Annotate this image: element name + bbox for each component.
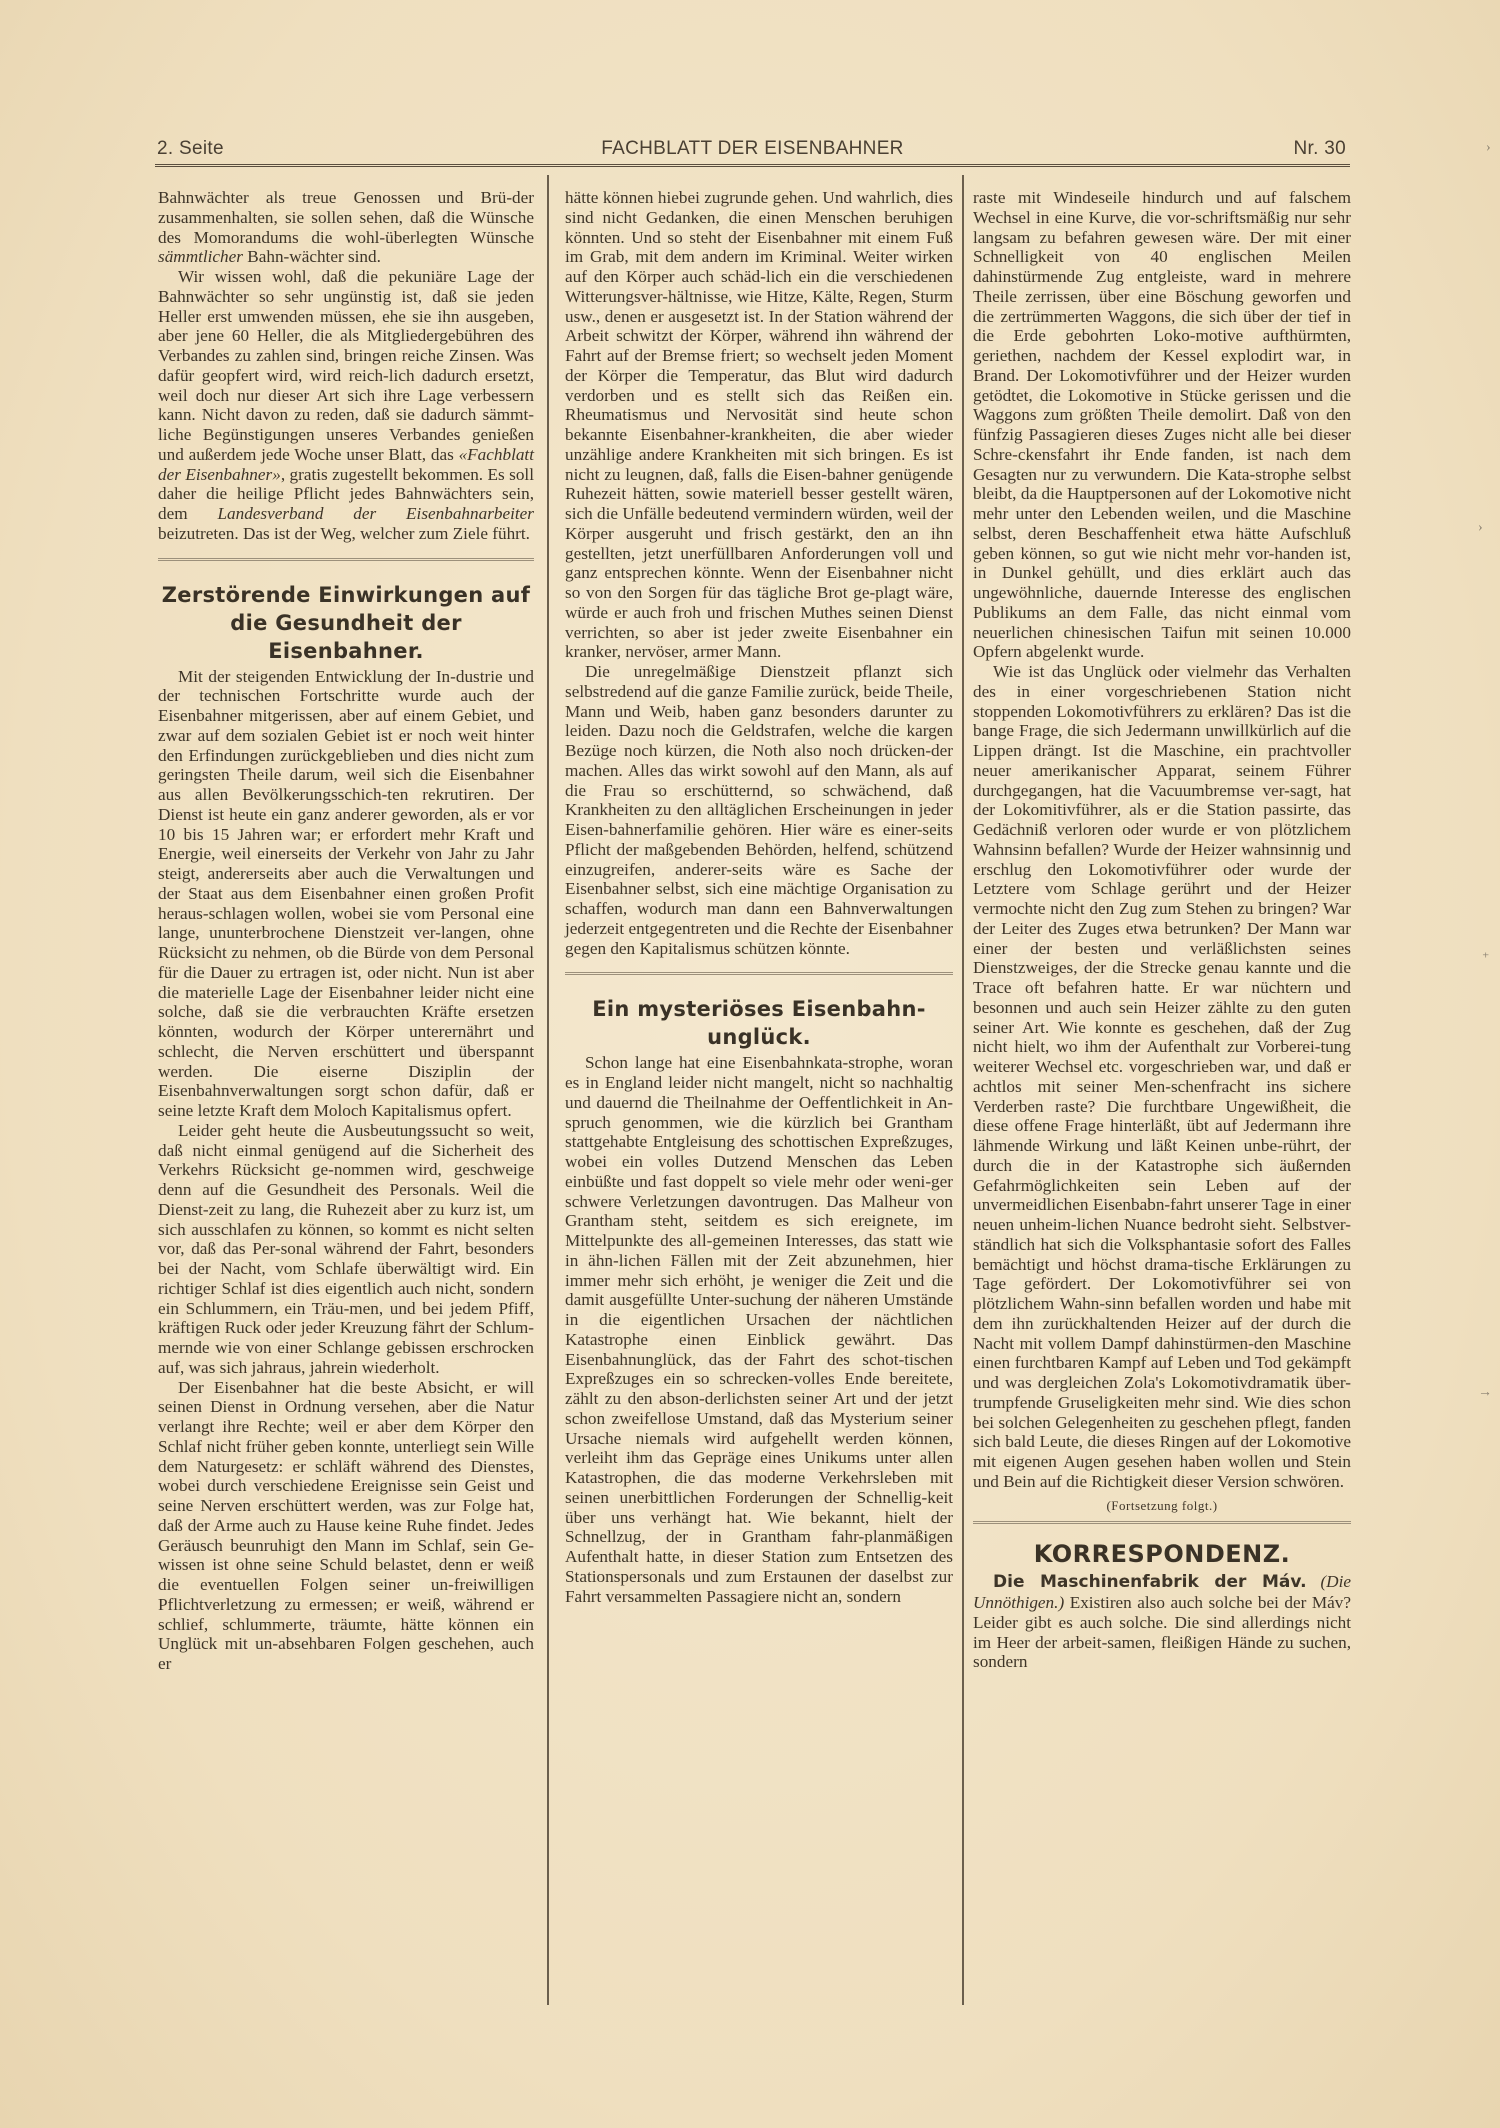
- section-divider: [565, 972, 953, 975]
- paragraph: Wir wissen wohl, daß die pekuniäre Lage …: [158, 267, 534, 544]
- publication-title: FACHBLATT DER EISENBAHNER: [155, 138, 1350, 160]
- correspondence-title: Die Maschinenfabrik der Máv.: [993, 1572, 1307, 1592]
- union-name-emphasis: Landesverband der Eisenbahnarbeiter: [217, 504, 534, 523]
- correspondence-paragraph: Die Maschinenfabrik der Máv. (Die Unnöth…: [973, 1572, 1351, 1672]
- paragraph: Mit der steigenden Entwicklung der In-du…: [158, 667, 534, 1121]
- margin-mark: ⁺: [1482, 950, 1489, 967]
- paragraph: hätte können hiebei zugrunde gehen. Und …: [565, 188, 953, 662]
- issue-number: Nr. 30: [1294, 138, 1347, 160]
- paragraph: raste mit Windeseile hindurch und auf fa…: [973, 188, 1351, 662]
- margin-mark: →: [1478, 1385, 1492, 1401]
- emphasis: sämmtlicher: [158, 247, 243, 266]
- page-header: 2. Seite FACHBLATT DER EISENBAHNER Nr. 3…: [155, 138, 1350, 167]
- article-heading-accident: Ein mysteriöses Eisenbahn-unglück.: [565, 995, 953, 1051]
- article-heading-health: Zerstörende Einwirkungen auf die Gesundh…: [158, 581, 534, 665]
- column-divider-1: [547, 175, 549, 2005]
- column-divider-2: [962, 175, 964, 2005]
- column-3: raste mit Windeseile hindurch und auf fa…: [973, 188, 1351, 1672]
- section-divider: [973, 1521, 1351, 1524]
- newspaper-page: 2. Seite FACHBLATT DER EISENBAHNER Nr. 3…: [0, 0, 1500, 2128]
- continuation-note: (Fortsetzung folgt.): [973, 1496, 1351, 1516]
- paragraph: Der Eisenbahner hat die beste Absicht, e…: [158, 1378, 534, 1674]
- paragraph: Schon lange hat eine Eisenbahnkata-strop…: [565, 1053, 953, 1606]
- column-1: Bahnwächter als treue Genossen und Brü-d…: [158, 188, 534, 1674]
- paragraph: Wie ist das Unglück oder vielmehr das Ve…: [973, 662, 1351, 1492]
- paragraph: Die unregelmäßige Dienstzeit pflanzt sic…: [565, 662, 953, 958]
- column-2: hätte können hiebei zugrunde gehen. Und …: [565, 188, 953, 1606]
- paragraph: Bahnwächter als treue Genossen und Brü-d…: [158, 188, 534, 267]
- margin-mark: ›: [1478, 520, 1483, 536]
- section-heading-correspondence: KORRESPONDENZ.: [973, 1538, 1351, 1570]
- paragraph: Leider geht heute die Ausbeutungssucht s…: [158, 1121, 534, 1378]
- section-divider: [158, 558, 534, 561]
- margin-mark: ›: [1486, 140, 1491, 156]
